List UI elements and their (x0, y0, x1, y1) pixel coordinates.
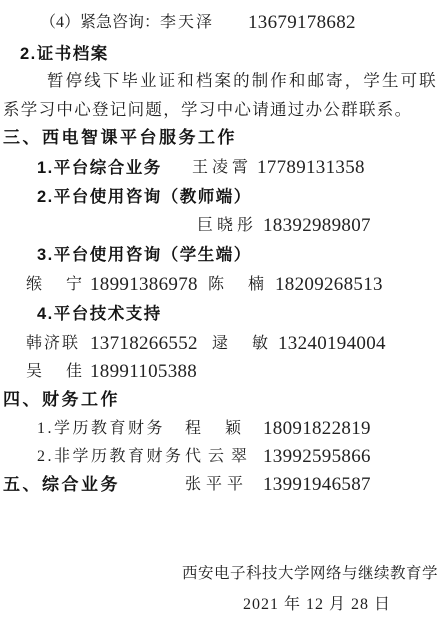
platform-item2-label: 2.平台使用咨询（教师端） (37, 187, 252, 207)
platform-item3-contact2-phone: 18209268513 (275, 275, 383, 295)
finance-item2-label: 2.非学历教育财务 (37, 447, 184, 467)
platform-item3-row: 3.平台使用咨询（学生端） (0, 245, 439, 267)
finance-item1-row: 1.学历教育财务 程 颖 18091822819 (0, 419, 439, 441)
signature-date-row: 2021 年 12 月 28 日 (0, 595, 439, 617)
platform-item4-contact2-name: 逯 敏 (212, 334, 272, 354)
platform-item2-row: 2.平台使用咨询（教师端） (0, 187, 439, 209)
platform-item1-name: 王凌霄 (192, 158, 252, 178)
platform-item2-name: 巨晓彤 (197, 216, 257, 236)
general-contact-name: 张平平 (185, 475, 248, 495)
general-contact-phone: 13991946587 (263, 475, 371, 495)
finance-item2-phone: 13992595866 (263, 447, 371, 467)
certificate-paragraph: 暂停线下毕业证和档案的制作和邮寄，学生可联系学习中心登记问题，学习中心请通过办公… (3, 67, 437, 124)
finance-item1-phone: 18091822819 (263, 419, 371, 439)
platform-item4-label: 4.平台技术支持 (37, 304, 162, 324)
platform-section-row: 三、西电智课平台服务工作 (0, 128, 439, 150)
platform-item4-contact3-name: 吴 佳 (26, 362, 86, 382)
platform-item3-contact2-name: 陈 楠 (208, 275, 268, 295)
signature-org: 西安电子科技大学网络与继续教育学院 (182, 564, 439, 584)
finance-item2-row: 2.非学历教育财务 代云翠 13992595866 (0, 447, 439, 469)
finance-item1-label: 1.学历教育财务 (37, 419, 165, 439)
platform-item4-contact1-phone: 13718266552 (90, 334, 198, 354)
platform-item1-phone: 17789131358 (257, 158, 365, 178)
platform-item4-contact2-phone: 13240194004 (278, 334, 386, 354)
platform-item4-row: 4.平台技术支持 (0, 304, 439, 326)
certificate-heading: 2.证书档案 (20, 44, 109, 64)
signature-date: 2021 年 12 月 28 日 (243, 595, 391, 615)
platform-section-heading: 三、西电智课平台服务工作 (3, 128, 237, 148)
finance-item1-name: 程 颖 (185, 419, 245, 439)
general-section-row: 五、综合业务 张平平 13991946587 (0, 475, 439, 497)
document-page: （4）紧急咨询：李天泽 13679178682 2.证书档案 暂停线下毕业证和档… (0, 0, 439, 628)
platform-item4-contact1-name: 韩济联 (26, 334, 80, 354)
platform-item1-label: 1.平台综合业务 (37, 158, 162, 178)
platform-item2-phone: 18392989807 (263, 216, 371, 236)
emergency-label: （4）紧急咨询：李天泽 (40, 13, 214, 33)
platform-item4-contacts-row2: 吴 佳 18991105388 (0, 362, 439, 384)
general-section-heading: 五、综合业务 (3, 475, 120, 495)
platform-item3-contact1-phone: 18991386978 (90, 275, 198, 295)
platform-item1-row: 1.平台综合业务 王凌霄 17789131358 (0, 158, 439, 180)
emergency-label-text: （4）紧急咨询： (40, 14, 160, 31)
emergency-contact-phone: 13679178682 (248, 13, 356, 33)
finance-item2-name: 代云翠 (185, 447, 254, 467)
platform-item3-contacts-row: 缑 宁 18991386978 陈 楠 18209268513 (0, 275, 439, 297)
finance-section-row: 四、财务工作 (0, 390, 439, 412)
platform-item4-contacts-row1: 韩济联 13718266552 逯 敏 13240194004 (0, 334, 439, 356)
platform-item2-contact-row: 巨晓彤 18392989807 (0, 216, 439, 238)
signature-org-row: 西安电子科技大学网络与继续教育学院 (0, 564, 439, 586)
platform-item3-contact1-name: 缑 宁 (26, 275, 86, 295)
emergency-contact-name: 李天泽 (160, 14, 214, 31)
certificate-section-row: 2.证书档案 (0, 44, 439, 66)
emergency-contact-row: （4）紧急咨询：李天泽 13679178682 (0, 13, 439, 35)
platform-item4-contact3-phone: 18991105388 (90, 362, 197, 382)
finance-section-heading: 四、财务工作 (3, 390, 120, 410)
platform-item3-label: 3.平台使用咨询（学生端） (37, 245, 252, 265)
